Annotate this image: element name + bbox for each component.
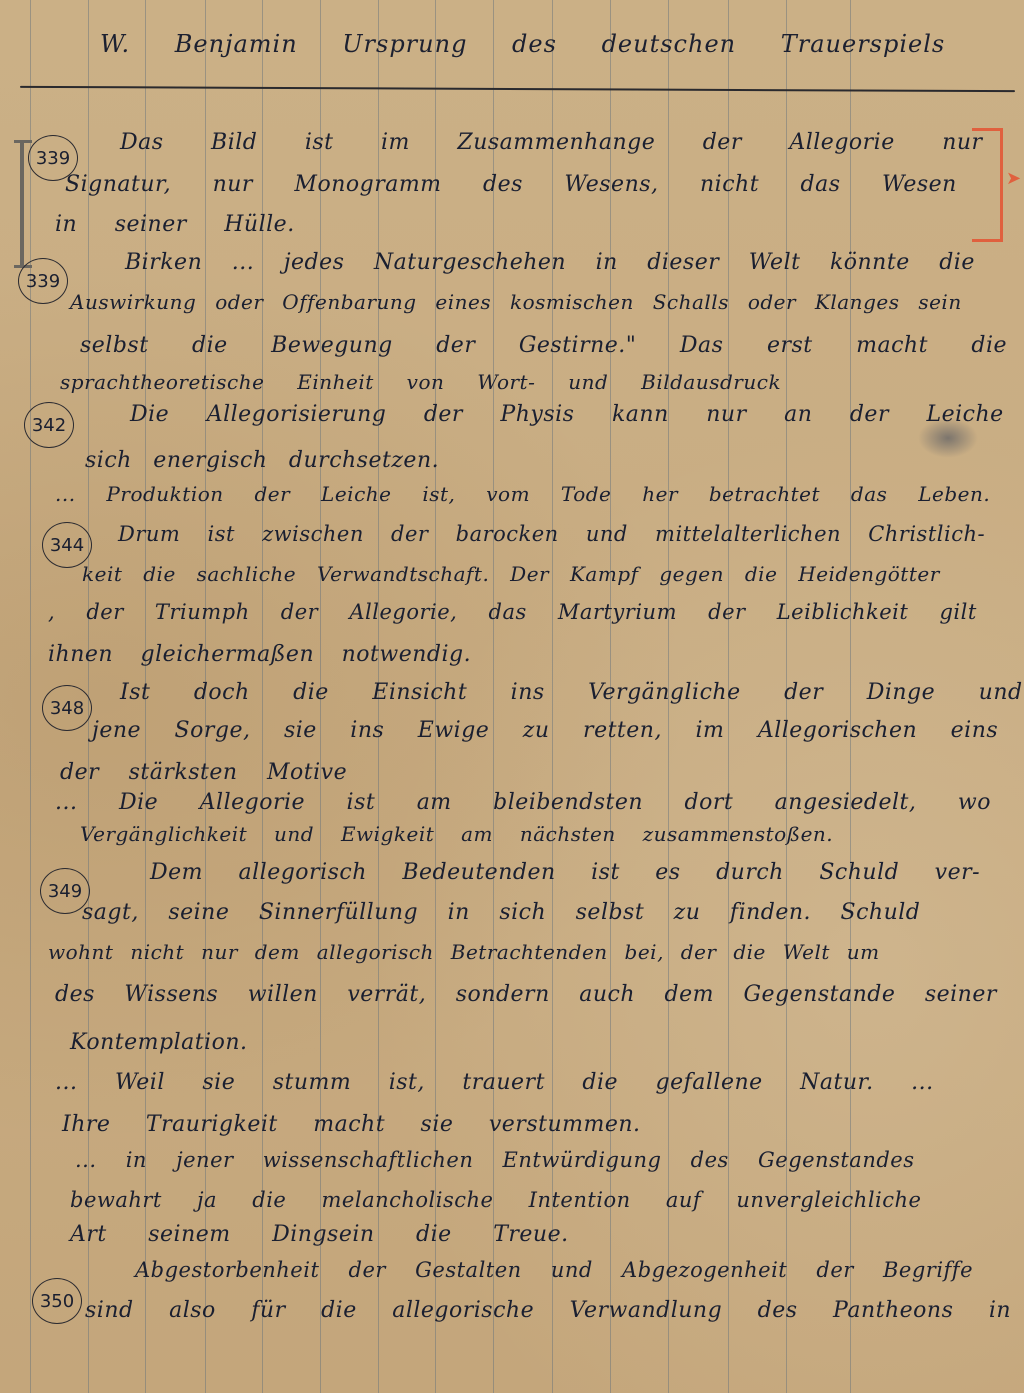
text-line: Kontemplation. <box>70 1030 248 1055</box>
text-line: ... Die Allegorie ist am bleibendsten do… <box>55 790 991 815</box>
text-line: , der Triumph der Allegorie, das Martyri… <box>48 600 977 624</box>
text-line: Dem allegorisch Bedeutenden ist es durch… <box>150 860 980 885</box>
text-line: Signatur, nur Monogramm des Wesens, nich… <box>65 172 957 197</box>
text-line: sind also für die allegorische Verwandlu… <box>85 1298 1011 1323</box>
page-ref-circle: 348 <box>42 685 92 731</box>
text-line: ihnen gleichermaßen notwendig. <box>48 642 471 667</box>
text-line: sich energisch durchsetzen. <box>85 448 439 473</box>
text-line: Vergänglichkeit und Ewigkeit am nächsten… <box>80 822 833 846</box>
text-line: Drum ist zwischen der barocken und mitte… <box>118 522 985 546</box>
text-line: keit die sachliche Verwandtschaft. Der K… <box>82 562 940 586</box>
page-title: W. Benjamin Ursprung des deutschen Traue… <box>100 30 945 58</box>
text-line: jene Sorge, sie ins Ewige zu retten, im … <box>92 718 998 743</box>
text-line: ... Produktion der Leiche ist, vom Tode … <box>55 482 990 506</box>
text-line: wohnt nicht nur dem allegorisch Betracht… <box>48 940 880 964</box>
text-line: Ist doch die Einsicht ins Vergängliche d… <box>120 680 1023 705</box>
text-line: sprachtheoretische Einheit von Wort- und… <box>60 370 781 394</box>
text-line: der stärksten Motive <box>60 760 347 785</box>
text-line: Art seinem Dingsein die Treue. <box>70 1222 569 1247</box>
text-line: in seiner Hülle. <box>55 212 295 237</box>
page-ref-circle: 342 <box>24 402 74 448</box>
red-arrow-icon: ➤ <box>1006 168 1021 189</box>
page-ref-circle: 350 <box>32 1278 82 1324</box>
text-line: bewahrt ja die melancholische Intention … <box>70 1188 921 1212</box>
text-line: ... Weil sie stumm ist, trauert die gefa… <box>55 1070 934 1095</box>
text-line: Die Allegorisierung der Physis kann nur … <box>130 402 1004 427</box>
text-line: ... in jener wissenschaftlichen Entwürdi… <box>75 1148 915 1172</box>
page-ref-circle: 339 <box>18 258 68 304</box>
text-line: Abgestorbenheit der Gestalten und Abgezo… <box>135 1258 973 1282</box>
text-line: des Wissens willen verrät, sondern auch … <box>55 982 997 1007</box>
text-line: Birken ... jedes Naturgeschehen in diese… <box>125 250 975 275</box>
left-bracket-annotation <box>20 140 24 268</box>
text-line: selbst die Bewegung der Gestirne." Das e… <box>80 333 1007 358</box>
text-line: sagt, seine Sinnerfüllung in sich selbst… <box>82 900 920 925</box>
text-line: Ihre Traurigkeit macht sie verstummen. <box>62 1112 641 1137</box>
text-line: Das Bild ist im Zusammenhange der Allego… <box>120 130 983 155</box>
text-line: Auswirkung oder Offenbarung eines kosmis… <box>70 290 962 314</box>
ruling-line <box>30 0 31 1393</box>
